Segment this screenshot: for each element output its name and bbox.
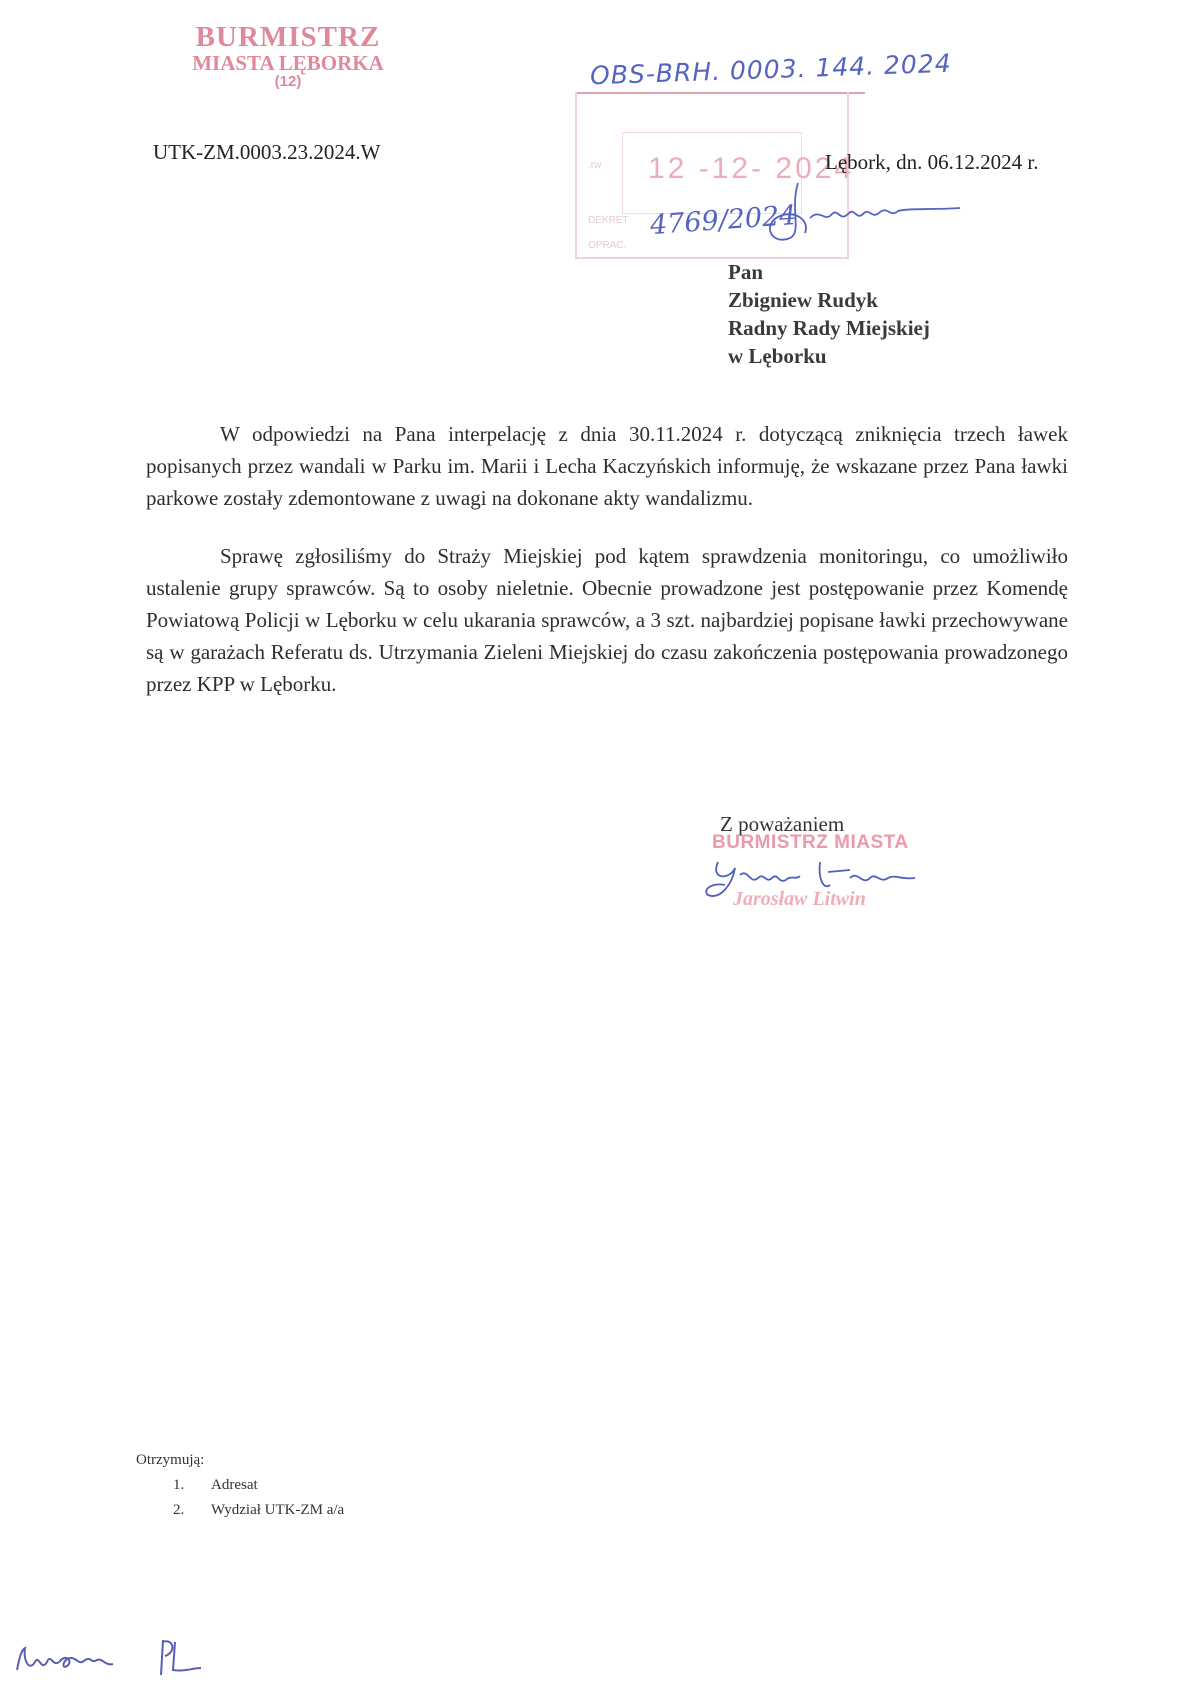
recipient-number: 2. xyxy=(173,1498,211,1523)
letter-body: W odpowiedzi na Pana interpelację z dnia… xyxy=(146,418,1068,726)
stamp-faint-label-2: OPRAC. xyxy=(588,240,626,251)
handwritten-initials-icon xyxy=(5,1630,225,1690)
recipient-item: 1.Adresat xyxy=(173,1473,344,1498)
handwritten-registration-number: OBS-BRH. 0003. 144. 2024 xyxy=(590,49,952,91)
recipient-number: 1. xyxy=(173,1473,211,1498)
addressee-block: Pan Zbigniew Rudyk Radny Rady Miejskiej … xyxy=(728,258,930,370)
mayor-signature-icon xyxy=(700,850,950,920)
stamp-faint-label: DEKRET xyxy=(588,215,629,226)
body-paragraph: Sprawę zgłosiliśmy do Straży Miejskiej p… xyxy=(146,540,1068,700)
place-and-date: Lębork, dn. 06.12.2024 r. xyxy=(825,150,1038,175)
mayor-header-stamp: BURMISTRZ MIASTA LĘBORKA (12) xyxy=(178,22,398,90)
recipient-item: 2.Wydział UTK-ZM a/a xyxy=(173,1498,344,1523)
stamp-line-title: BURMISTRZ xyxy=(178,22,398,52)
addressee-name: Zbigniew Rudyk xyxy=(728,286,930,314)
addressee-salutation: Pan xyxy=(728,258,930,286)
recipient-text: Adresat xyxy=(211,1477,258,1493)
recipients-label: Otrzymują: xyxy=(136,1448,344,1473)
stamp-line-number: (12) xyxy=(178,74,398,90)
body-paragraph: W odpowiedzi na Pana interpelację z dnia… xyxy=(146,418,1068,514)
decree-signature-icon xyxy=(760,178,980,258)
addressee-title: Radny Rady Miejskiej xyxy=(728,314,930,342)
stamp-faint-mark: .rw xyxy=(588,160,601,171)
stamp-line-city: MIASTA LĘBORKA xyxy=(178,52,398,74)
addressee-location: w Lęborku xyxy=(728,342,930,370)
recipient-text: Wydział UTK-ZM a/a xyxy=(211,1502,344,1518)
reference-number: UTK-ZM.0003.23.2024.W xyxy=(153,140,380,165)
recipients-list: Otrzymują: 1.Adresat 2.Wydział UTK-ZM a/… xyxy=(136,1448,344,1523)
